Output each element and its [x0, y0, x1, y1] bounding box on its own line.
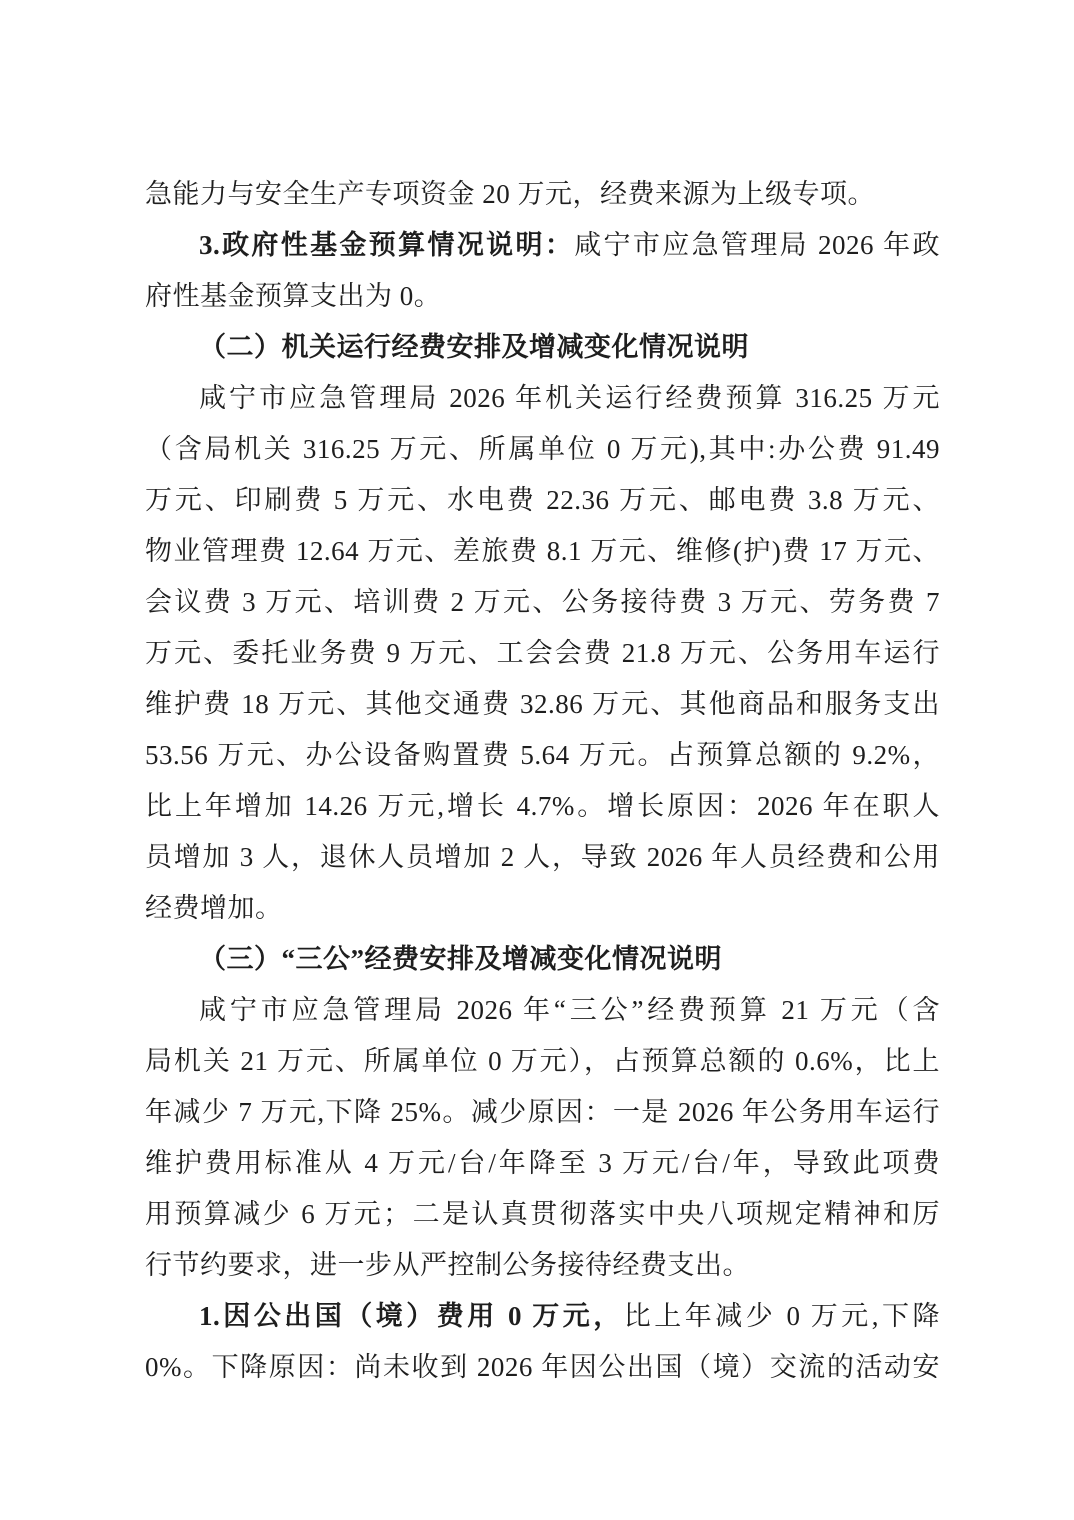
text-line: 咸宁市应急管理局 2026 年机关运行经费预算 316.25 万元 — [145, 373, 940, 424]
text-segment: 年减少 7 万元,下降 25%。减少原因：一是 2026 年公务用车运行 — [145, 1097, 940, 1127]
text-line: 府性基金预算支出为 0。 — [145, 271, 940, 322]
text-segment: 物业管理费 12.64 万元、差旅费 8.1 万元、维修(护)费 17 万元、 — [145, 536, 940, 566]
text-segment: 0%。下降原因：尚未收到 2026 年因公出国（境）交流的活动安 — [145, 1352, 940, 1382]
text-segment: 53.56 万元、办公设备购置费 5.64 万元。占预算总额的 9.2%， — [145, 740, 940, 770]
text-line: （含局机关 316.25 万元、所属单位 0 万元),其中:办公费 91.49 — [145, 424, 940, 475]
text-segment: 维护费用标准从 4 万元/台/年降至 3 万元/台/年，导致此项费 — [145, 1148, 940, 1178]
text-line: 1.因公出国（境）费用 0 万元，比上年减少 0 万元,下降 — [145, 1291, 940, 1342]
text-segment: （含局机关 316.25 万元、所属单位 0 万元),其中:办公费 91.49 — [145, 434, 940, 464]
text-segment: 咸宁市应急管理局 2026 年政 — [574, 230, 940, 260]
text-segment: 咸宁市应急管理局 2026 年机关运行经费预算 316.25 万元 — [199, 383, 940, 413]
text-line: 咸宁市应急管理局 2026 年“三公”经费预算 21 万元（含 — [145, 985, 940, 1036]
text-line: 维护费用标准从 4 万元/台/年降至 3 万元/台/年，导致此项费 — [145, 1138, 940, 1189]
text-segment: 用预算减少 6 万元；二是认真贯彻落实中央八项规定精神和厉 — [145, 1199, 940, 1229]
text-line: 3.政府性基金预算情况说明：咸宁市应急管理局 2026 年政 — [145, 220, 940, 271]
text-line: 0%。下降原因：尚未收到 2026 年因公出国（境）交流的活动安 — [145, 1342, 940, 1393]
text-line: 物业管理费 12.64 万元、差旅费 8.1 万元、维修(护)费 17 万元、 — [145, 526, 940, 577]
text-segment: 行节约要求，进一步从严控制公务接待经费支出。 — [145, 1250, 750, 1280]
text-line: 用预算减少 6 万元；二是认真贯彻落实中央八项规定精神和厉 — [145, 1189, 940, 1240]
heading-text: （三）“三公”经费安排及增减变化情况说明 — [199, 944, 722, 974]
text-segment: 会议费 3 万元、培训费 2 万元、公务接待费 3 万元、劳务费 7 — [145, 587, 940, 617]
section-heading: （三）“三公”经费安排及增减变化情况说明 — [145, 934, 940, 985]
text-segment: 急能力与安全生产专项资金 20 万元，经费来源为上级专项。 — [145, 179, 875, 209]
text-line: 局机关 21 万元、所属单位 0 万元），占预算总额的 0.6%，比上 — [145, 1036, 940, 1087]
text-line: 维护费 18 万元、其他交通费 32.86 万元、其他商品和服务支出 — [145, 679, 940, 730]
text-segment: 府性基金预算支出为 0。 — [145, 281, 441, 311]
text-line: 员增加 3 人，退休人员增加 2 人，导致 2026 年人员经费和公用 — [145, 832, 940, 883]
text-line: 万元、印刷费 5 万元、水电费 22.36 万元、邮电费 3.8 万元、 — [145, 475, 940, 526]
heading-text: （二）机关运行经费安排及增减变化情况说明 — [199, 332, 749, 362]
text-line: 急能力与安全生产专项资金 20 万元，经费来源为上级专项。 — [145, 169, 940, 220]
text-segment: 比上年增加 14.26 万元,增长 4.7%。增长原因：2026 年在职人 — [145, 791, 940, 821]
text-line: 比上年增加 14.26 万元,增长 4.7%。增长原因：2026 年在职人 — [145, 781, 940, 832]
text-line: 53.56 万元、办公设备购置费 5.64 万元。占预算总额的 9.2%， — [145, 730, 940, 781]
text-line: 万元、委托业务费 9 万元、工会会费 21.8 万元、公务用车运行 — [145, 628, 940, 679]
document-page: 急能力与安全生产专项资金 20 万元，经费来源为上级专项。 3.政府性基金预算情… — [145, 169, 940, 1393]
text-line: 行节约要求，进一步从严控制公务接待经费支出。 — [145, 1240, 940, 1291]
text-segment: 万元、印刷费 5 万元、水电费 22.36 万元、邮电费 3.8 万元、 — [145, 485, 940, 515]
paragraph-lead-bold: 3.政府性基金预算情况说明： — [199, 230, 574, 260]
section-heading: （二）机关运行经费安排及增减变化情况说明 — [145, 322, 940, 373]
text-line: 会议费 3 万元、培训费 2 万元、公务接待费 3 万元、劳务费 7 — [145, 577, 940, 628]
text-segment: 经费增加。 — [145, 893, 283, 923]
text-segment: 维护费 18 万元、其他交通费 32.86 万元、其他商品和服务支出 — [145, 689, 940, 719]
text-segment: 万元、委托业务费 9 万元、工会会费 21.8 万元、公务用车运行 — [145, 638, 940, 668]
text-line: 年减少 7 万元,下降 25%。减少原因：一是 2026 年公务用车运行 — [145, 1087, 940, 1138]
paragraph-lead-bold: 1.因公出国（境）费用 0 万元， — [199, 1301, 624, 1331]
text-line: 经费增加。 — [145, 883, 940, 934]
text-segment: 咸宁市应急管理局 2026 年“三公”经费预算 21 万元（含 — [199, 995, 940, 1025]
text-segment: 局机关 21 万元、所属单位 0 万元），占预算总额的 0.6%，比上 — [145, 1046, 940, 1076]
text-segment: 比上年减少 0 万元,下降 — [624, 1301, 940, 1331]
text-segment: 员增加 3 人，退休人员增加 2 人，导致 2026 年人员经费和公用 — [145, 842, 940, 872]
